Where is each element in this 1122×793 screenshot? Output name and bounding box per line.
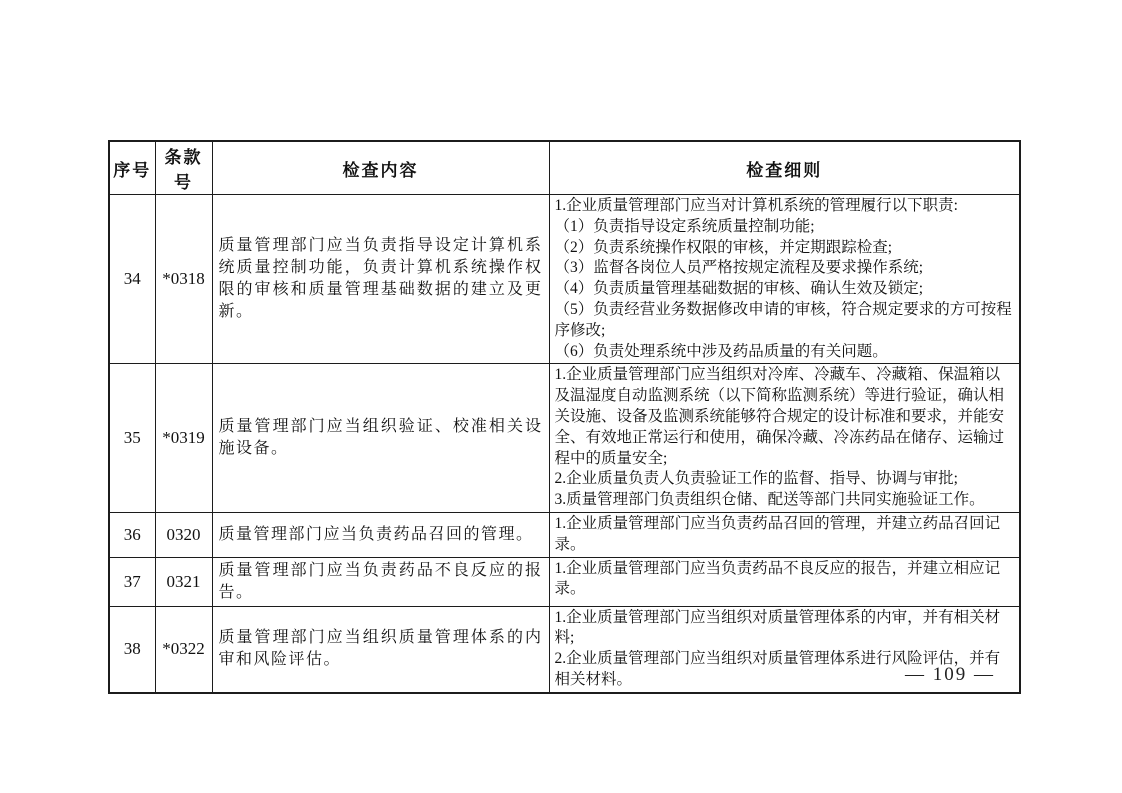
cell-clause: *0318 <box>155 195 212 364</box>
cell-content: 质量管理部门应当负责药品不良反应的报告。 <box>212 557 549 606</box>
cell-detail: 1.企业质量管理部门应当负责药品召回的管理，并建立药品召回记录。 <box>549 512 1020 557</box>
cell-content: 质量管理部门应当负责指导设定计算机系统质量控制功能，负责计算机系统操作权限的审核… <box>212 195 549 364</box>
cell-clause: *0319 <box>155 364 212 513</box>
table-row-34: 34 *0318 质量管理部门应当负责指导设定计算机系统质量控制功能，负责计算机… <box>109 195 1020 364</box>
page-number: — 109 — <box>880 664 1020 686</box>
cell-seq: 36 <box>109 512 155 557</box>
cell-clause: *0322 <box>155 606 212 693</box>
cell-clause: 0320 <box>155 512 212 557</box>
cell-detail: 1.企业质量管理部门应当负责药品不良反应的报告，并建立相应记录。 <box>549 557 1020 606</box>
header-clause: 条款号 <box>155 141 212 195</box>
table-row-37: 37 0321 质量管理部门应当负责药品不良反应的报告。 1.企业质量管理部门应… <box>109 557 1020 606</box>
header-seq: 序号 <box>109 141 155 195</box>
cell-detail: 1.企业质量管理部门应当对计算机系统的管理履行以下职责: （1）负责指导设定系统… <box>549 195 1020 364</box>
table-row-35: 35 *0319 质量管理部门应当组织验证、校准相关设施设备。 1.企业质量管理… <box>109 364 1020 513</box>
cell-detail: 1.企业质量管理部门应当组织对冷库、冷藏车、冷藏箱、保温箱以及温湿度自动监测系统… <box>549 364 1020 513</box>
header-detail: 检查细则 <box>549 141 1020 195</box>
cell-content: 质量管理部门应当负责药品召回的管理。 <box>212 512 549 557</box>
table-row-36: 36 0320 质量管理部门应当负责药品召回的管理。 1.企业质量管理部门应当负… <box>109 512 1020 557</box>
inspection-table: 序号 条款号 检查内容 检查细则 34 *0318 质量管理部门应当负责指导设定… <box>108 140 1021 694</box>
cell-content: 质量管理部门应当组织验证、校准相关设施设备。 <box>212 364 549 513</box>
cell-seq: 35 <box>109 364 155 513</box>
document-page: 序号 条款号 检查内容 检查细则 34 *0318 质量管理部门应当负责指导设定… <box>0 0 1122 793</box>
cell-content: 质量管理部门应当组织质量管理体系的内审和风险评估。 <box>212 606 549 693</box>
cell-seq: 34 <box>109 195 155 364</box>
header-content: 检查内容 <box>212 141 549 195</box>
cell-seq: 38 <box>109 606 155 693</box>
cell-clause: 0321 <box>155 557 212 606</box>
table-header-row: 序号 条款号 检查内容 检查细则 <box>109 141 1020 195</box>
cell-seq: 37 <box>109 557 155 606</box>
